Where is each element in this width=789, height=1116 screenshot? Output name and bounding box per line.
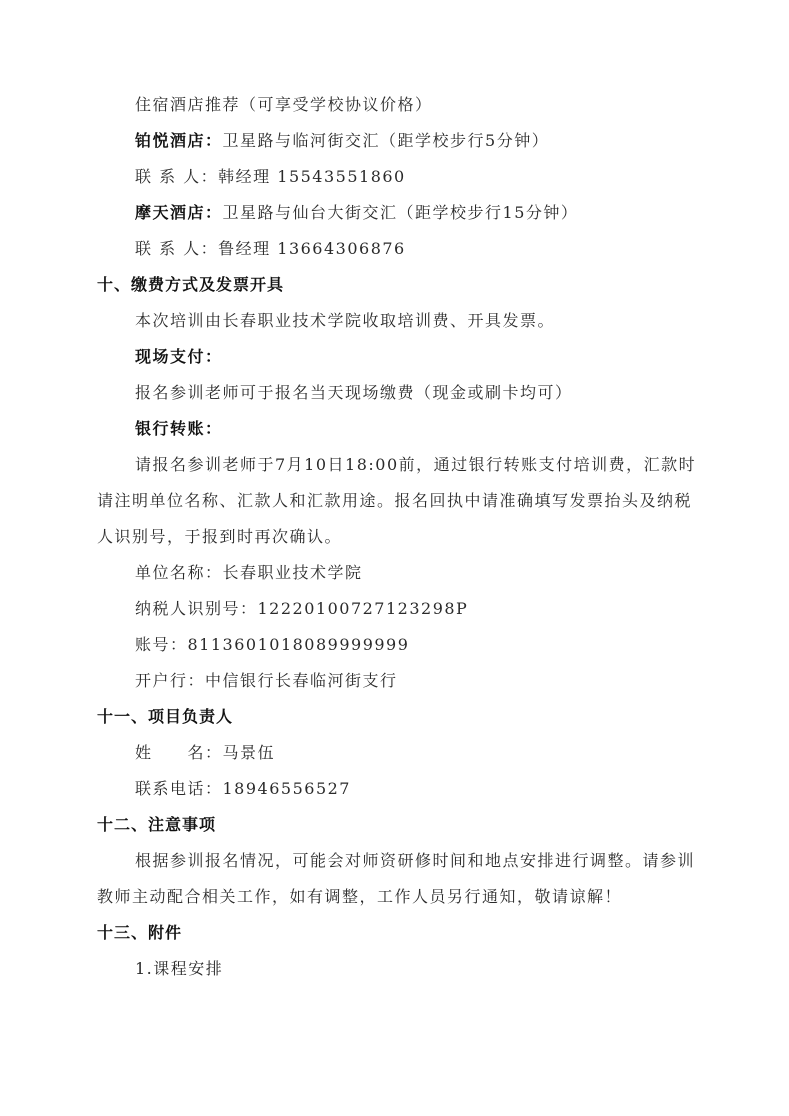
hotel-2-contact: 联 系 人：鲁经理 13664306876 [135, 239, 406, 259]
hotel-2: 摩天酒店：卫星路与仙台大街交汇（距学校步行15分钟） [135, 203, 578, 223]
tax-id: 纳税人识别号：12220100727123298P [135, 599, 468, 619]
hotel-1-name: 铂悦酒店： [135, 131, 223, 150]
bank-transfer-label: 银行转账： [135, 419, 223, 439]
section-11-title: 十一、项目负责人 [97, 707, 233, 727]
bank-branch: 开户行：中信银行长春临河街支行 [135, 671, 398, 691]
section-10-intro: 本次培训由长春职业技术学院收取培训费、开具发票。 [135, 311, 555, 331]
contact-phone: 联系电话：18946556527 [135, 779, 351, 799]
bank-transfer-paragraph: 请报名参训老师于7月10日18:00前，通过银行转账支付培训费，汇款时请注明单位… [97, 447, 697, 555]
unit-name: 单位名称：长春职业技术学院 [135, 563, 363, 583]
hotel-1: 铂悦酒店：卫星路与临河街交汇（距学校步行5分钟） [135, 131, 549, 151]
onsite-payment-label: 现场支付： [135, 347, 223, 367]
hotel-intro: 住宿酒店推荐（可享受学校协议价格） [135, 95, 433, 115]
section-10-title: 十、缴费方式及发票开具 [97, 275, 284, 295]
section-12-title: 十二、注意事项 [97, 815, 216, 835]
hotel-2-name: 摩天酒店： [135, 203, 223, 222]
attachment-item-1: 1.课程安排 [135, 959, 223, 979]
contact-name: 姓 名：马景伍 [135, 743, 275, 763]
onsite-payment-text: 报名参训老师可于报名当天现场缴费（现金或刷卡均可） [135, 383, 573, 403]
section-13-title: 十三、附件 [97, 923, 182, 943]
hotel-2-desc: 卫星路与仙台大街交汇（距学校步行15分钟） [223, 203, 579, 222]
hotel-1-contact: 联 系 人：韩经理 15543551860 [135, 167, 406, 187]
account-number: 账号：8113601018089999999 [135, 635, 409, 655]
hotel-1-desc: 卫星路与临河街交汇（距学校步行5分钟） [223, 131, 550, 150]
section-12-paragraph: 根据参训报名情况，可能会对师资研修时间和地点安排进行调整。请参训教师主动配合相关… [97, 843, 697, 915]
